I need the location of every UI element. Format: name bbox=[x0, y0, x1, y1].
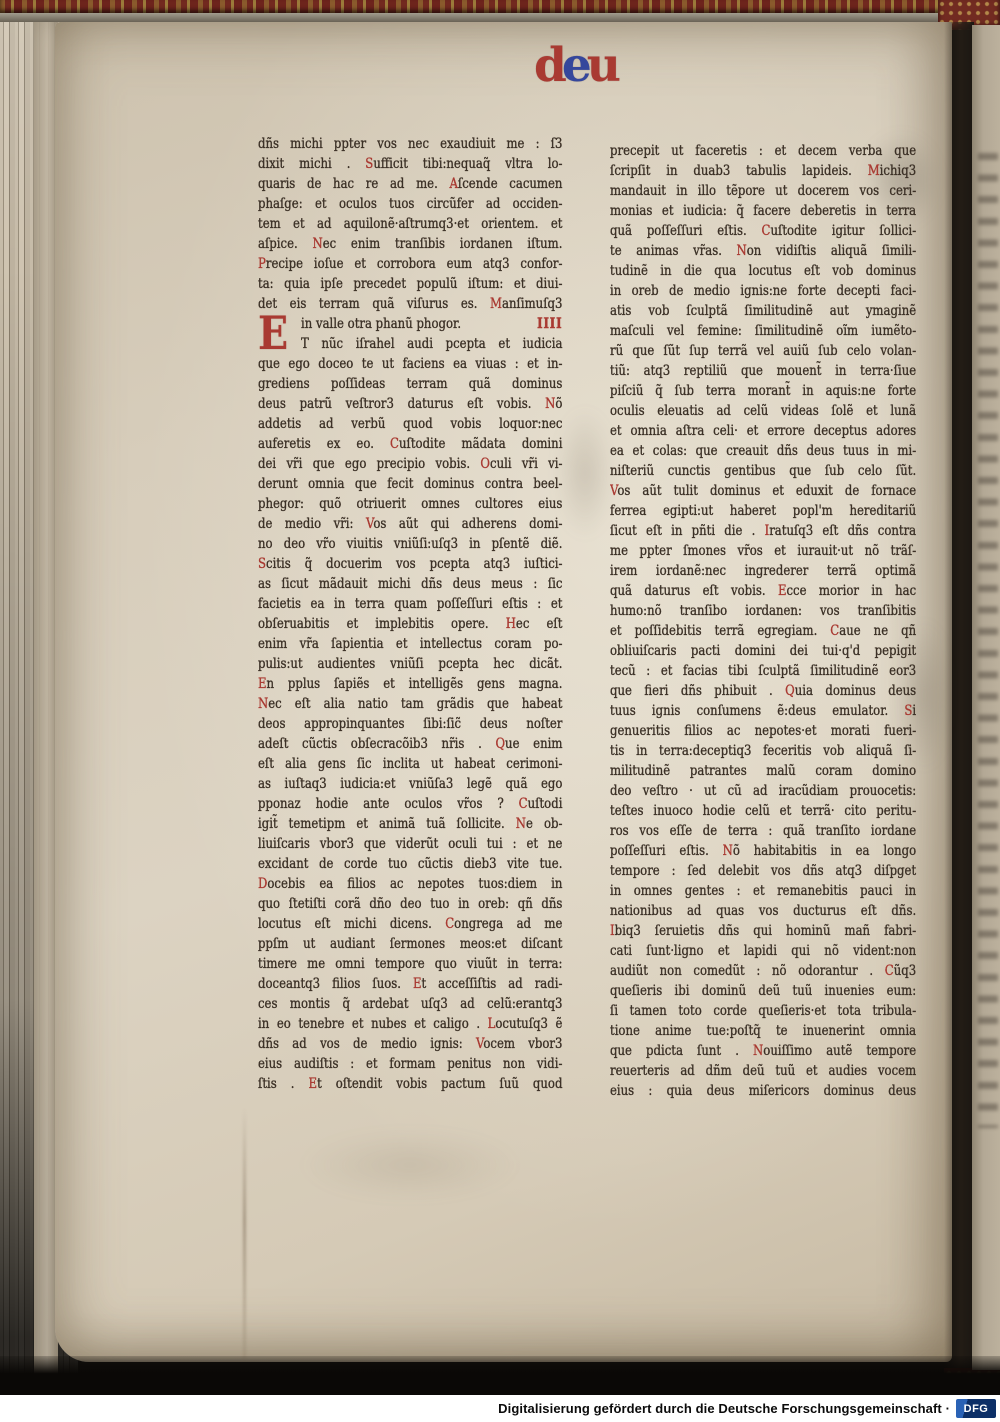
text-line: reuerteris ad dñm deũ tuũ et audies voce… bbox=[610, 1061, 916, 1081]
running-title-letter: e bbox=[562, 38, 587, 94]
text-line: T nũc iſrahel audi pcepta et iudicia bbox=[301, 334, 562, 354]
book-cover-edge-top bbox=[0, 0, 1000, 13]
text-line: cati ſunt·ligno et lapidi qui nõ vident:… bbox=[610, 941, 916, 961]
text-line: me ppter ſmones vr̃os et iurauit·ut nõ t… bbox=[610, 541, 916, 561]
text-line: Vos aũt tulit dominus et eduxit de forna… bbox=[610, 481, 916, 501]
text-line: quã daturus eſt vobis. Ecce morior in ha… bbox=[610, 581, 916, 601]
text-line: eius audiſtis : et formam penitus non vi… bbox=[258, 1054, 562, 1074]
text-column-left-inner: dñs michi ppter vos nec exaudiuit me : ſ… bbox=[258, 134, 562, 1094]
text-line: timere me omni tempore quo viuũt in terr… bbox=[258, 954, 562, 974]
text-line: ros vos eſſe de terra : quã tranſito ior… bbox=[610, 821, 916, 841]
facing-page-sliver bbox=[972, 25, 1000, 1370]
text-line: dei vr̃i que ego precipio vobis. Oculi v… bbox=[258, 454, 562, 474]
text-line: phaſge: et oculos tuos circũfer ad occid… bbox=[258, 194, 562, 214]
text-line: pponaz hodie ante oculos vr̃os ? Cuſtodi bbox=[258, 794, 562, 814]
text-line: locutus eſt michi dicens. Congrega ad me bbox=[258, 914, 562, 934]
text-line: te animas vr̃as. Non vidiſtis aliquã ſim… bbox=[610, 241, 916, 261]
text-line: deos appropinquantes ſibi:ſic̃ deus noſt… bbox=[258, 714, 562, 734]
text-line: piſciũ q̃ ſub terra morant̃ in aquis:ne … bbox=[610, 381, 916, 401]
text-line: in omnes gentes : et remanebitis pauci i… bbox=[610, 881, 916, 901]
manuscript-scan: deu dñs michi ppter vos nec exaudiuit me… bbox=[0, 0, 1000, 1422]
text-line: as iuſtaq3 iudicia:et vniũſa3 legẽ quã e… bbox=[258, 774, 562, 794]
text-line: et omnia aſtra celi· et errore deceptus … bbox=[610, 421, 916, 441]
running-title: deu bbox=[500, 38, 650, 98]
initial-lines: in valle otra phanũ phogor. IIII T nũc i… bbox=[301, 314, 562, 354]
text-line: dñs ad vos de medio ignis: Vocem vbor3 bbox=[258, 1034, 562, 1054]
text-line: tione anime tue:poſtq̃ te inuenerint omn… bbox=[610, 1021, 916, 1041]
dfg-logo: DFG bbox=[956, 1399, 996, 1418]
text-line: audiũt non comedũt : nõ odorantur . Cũq3 bbox=[610, 961, 916, 981]
parchment-crease bbox=[243, 1108, 246, 1358]
text-line: genueritis filios ac nepotes·et morati f… bbox=[610, 721, 916, 741]
text-line: in valle otra phanũ phogor. IIII bbox=[301, 314, 562, 334]
text-line: in eo tenebre et nubes et caligo . Locut… bbox=[258, 1014, 562, 1034]
text-line: quo ſtetiſti corã dño deo tuo in oreb: q… bbox=[258, 894, 562, 914]
text-line: deo veſtro · ut cũ ad iracũdiam prouocet… bbox=[610, 781, 916, 801]
text-line: que ego doceo te ut faciens ea viuas : e… bbox=[258, 354, 562, 374]
text-line: in oreb de medio ignis:ne forte decepti … bbox=[610, 281, 916, 301]
text-line: addetis ad verbũ quod vobis loquor:nec bbox=[258, 414, 562, 434]
text-line: ſicut eſt in pñti die . Iratuſq3 eſt dñs… bbox=[610, 521, 916, 541]
text-line: Docebis ea filios ac nepotes tuos:diem i… bbox=[258, 874, 562, 894]
text-line: auferetis ex eo. Cuſtodite mãdata domini bbox=[258, 434, 562, 454]
text-line: enim vr̃a ſapientia et intellectus coram… bbox=[258, 634, 562, 654]
text-line: de medio vr̃i: Vos aũt qui adherens domi… bbox=[258, 514, 562, 534]
text-line: obſeruabitis et implebitis opere. Hec eſ… bbox=[258, 614, 562, 634]
text-line: derunt omnia que fecit dominus contra be… bbox=[258, 474, 562, 494]
chapter-initial-block: E in valle otra phanũ phogor. IIII T nũc… bbox=[258, 314, 562, 354]
text-line: facietis ea in terra quam poſſeſſuri eſt… bbox=[258, 594, 562, 614]
text-line: ta: quia ipſe precedet populũ iſtum: et … bbox=[258, 274, 562, 294]
text-line: tecũ : et facias tibi ſculptã ſimilitudi… bbox=[610, 661, 916, 681]
text-line: pulis:ut audientes vniũſi pcepta hec dic… bbox=[258, 654, 562, 674]
text-line: Scitis q̃ docuerim vos pcepta atq3 iuſti… bbox=[258, 554, 562, 574]
footer-credit-bar: Digitalisierung gefördert durch die Deut… bbox=[0, 1395, 1000, 1422]
bottom-shadow bbox=[0, 1356, 1000, 1395]
text-line: irem iordanẽ:nec ingrederer terrã optimã bbox=[610, 561, 916, 581]
text-line: niſteriũ cunctis gentibus que ſub celo ſ… bbox=[610, 461, 916, 481]
text-line: ces montis q̃ ardebat uſq3 ad celũ:erant… bbox=[258, 994, 562, 1014]
text-line: tiũ: atq3 reptiliũ que mouent̃ in terra·… bbox=[610, 361, 916, 381]
text-line: tis in terra:deceptiq3 feceritis vob ali… bbox=[610, 741, 916, 761]
text-line: grediens poſſideas terram quã dominus bbox=[258, 374, 562, 394]
text-line: Nec eſt alia natio tam grãdis que habeat bbox=[258, 694, 562, 714]
facing-page-blurred-text bbox=[978, 153, 998, 1128]
text-line: eius : quia deus miſericors dominus deus bbox=[610, 1081, 916, 1101]
text-line: nationibus ad quas vos ducturus eſt dñs. bbox=[610, 901, 916, 921]
running-title-letter: d bbox=[534, 38, 562, 94]
text-line: tempore : ſed delebit vos dñs atq3 diſpg… bbox=[610, 861, 916, 881]
column-lines-before-initial: dñs michi ppter vos nec exaudiuit me : ſ… bbox=[258, 134, 562, 314]
text-line: tudinẽ in die qua locutus eſt vob dominu… bbox=[610, 261, 916, 281]
dfg-logo-text: DFG bbox=[964, 1403, 989, 1415]
text-line: et poſſidebitis terrã egregiam. Caue ne … bbox=[610, 621, 916, 641]
text-line: ſi tamen toto corde queſieris·et tota tr… bbox=[610, 1001, 916, 1021]
initial-line-text: in valle otra phanũ phogor. bbox=[301, 314, 461, 334]
text-line: det eis terram quã viſurus es. Manſimuſq… bbox=[258, 294, 562, 314]
text-line: ppſm ut audiant ſermones meos:et diſcant bbox=[258, 934, 562, 954]
text-line: aſpice. Nec enim tranſibis iordanen iſtu… bbox=[258, 234, 562, 254]
text-line: que fieri dñs phibuit . Quia dominus deu… bbox=[610, 681, 916, 701]
text-line: rũ que ſũt ſup terrã vel auiũ ſub celo v… bbox=[610, 341, 916, 361]
text-line: deus patrũ veſtror3 daturus eſt vobis. N… bbox=[258, 394, 562, 414]
text-column-right: precepit ut faceretis : et decem verba q… bbox=[610, 141, 916, 1121]
text-line: precepit ut faceretis : et decem verba q… bbox=[610, 141, 916, 161]
text-line: teſtes inuoco hodie celũ et terrã· cito … bbox=[610, 801, 916, 821]
text-line: quaris de hac re ad me. Aſcende cacumen bbox=[258, 174, 562, 194]
column-lines-after-initial: que ego doceo te ut faciens ea viuas : e… bbox=[258, 354, 562, 1094]
text-line: ferrea egipti:ut haberet popl'm heredita… bbox=[610, 501, 916, 521]
text-line: phegor: quõ otriuerit omnes cultores eiu… bbox=[258, 494, 562, 514]
text-line: militudinẽ patrantes malũ coram domino bbox=[610, 761, 916, 781]
text-line: as ſicut mãdauit michi dñs deus meus : ſ… bbox=[258, 574, 562, 594]
text-line: En pplus ſapiẽs et intelligẽs gens magna… bbox=[258, 674, 562, 694]
text-line: humo:nõ tranſibo iordanen: vos tranſibit… bbox=[610, 601, 916, 621]
running-title-letter: u bbox=[587, 38, 616, 94]
text-line: maſculi vel femine: ſimilitudinẽ oĩm ium… bbox=[610, 321, 916, 341]
text-line: Ibiq3 ſeruietis dñs qui hominũ mañ fabri… bbox=[610, 921, 916, 941]
text-line: poſſeſſuri eſtis. Nõ habitabitis in ea l… bbox=[610, 841, 916, 861]
text-line: igit̃ temetipm et animã tuã ſollicite. N… bbox=[258, 814, 562, 834]
text-line: no deo vr̃o viuitis vniũſi:uſq3 in pſent… bbox=[258, 534, 562, 554]
text-line: dñs michi ppter vos nec exaudiuit me : ſ… bbox=[258, 134, 562, 154]
text-line: mandauit in illo tẽpore ut docerem vos c… bbox=[610, 181, 916, 201]
text-line: ſcripſit in duab3 tabulis lapideis. Mich… bbox=[610, 161, 916, 181]
text-line: Precipe ioſue et corrobora eum atq3 conf… bbox=[258, 254, 562, 274]
text-line: quã poſſeſſuri eſtis. Cuſtodite igitur ſ… bbox=[610, 221, 916, 241]
text-line: tuus ignis conſumens ẽ:deus emulator. Si bbox=[610, 701, 916, 721]
text-column-left: dñs michi ppter vos nec exaudiuit me : ſ… bbox=[258, 134, 562, 1114]
text-line: oculis eleuatis ad celũ videas ſolẽ et l… bbox=[610, 401, 916, 421]
text-line: liuiſcaris vbor3 que viderũt oculi tui :… bbox=[258, 834, 562, 854]
credit-text: Digitalisierung gefördert durch die Deut… bbox=[498, 1401, 950, 1416]
text-line: queſieris ibi dominũ deũ tuũ inuenies eu… bbox=[610, 981, 916, 1001]
text-line: dixit michi . Sufficit tibi:nequaq̃ vltr… bbox=[258, 154, 562, 174]
text-line: tem et ad aquilonẽ·aſtrumq3·et orientem.… bbox=[258, 214, 562, 234]
text-line: obliuiſcaris pacti domini dei tui·q'd pe… bbox=[610, 641, 916, 661]
drop-cap-initial: E bbox=[258, 314, 301, 354]
text-line: que pdicta ſunt . Nouiſſimo autẽ tempore bbox=[610, 1041, 916, 1061]
chapter-number: IIII bbox=[537, 314, 562, 334]
text-column-right-inner: precepit ut faceretis : et decem verba q… bbox=[610, 141, 916, 1101]
text-line: adeſt cũctis obſecracõib3 nr̃is . Que en… bbox=[258, 734, 562, 754]
column-lines: precepit ut faceretis : et decem verba q… bbox=[610, 141, 916, 1101]
text-line: eſt alia gens ſic inclita ut habeat ceri… bbox=[258, 754, 562, 774]
text-line: atis vob ſculptã ſimilitudinẽ aut ymagin… bbox=[610, 301, 916, 321]
text-line: excidant de corde tuo cũctis dieb3 vite … bbox=[258, 854, 562, 874]
book-gutter-shadow bbox=[944, 22, 974, 1368]
text-line: ea et colas: que creauit dñs deus tuus i… bbox=[610, 441, 916, 461]
text-line: monias et iudicia: q̃ facere deberetis i… bbox=[610, 201, 916, 221]
text-line: ſtis . Et oſtendit vobis pactum ſuũ quod bbox=[258, 1074, 562, 1094]
text-line: doceantq3 filios ſuos. Et acceſſiſtis ad… bbox=[258, 974, 562, 994]
